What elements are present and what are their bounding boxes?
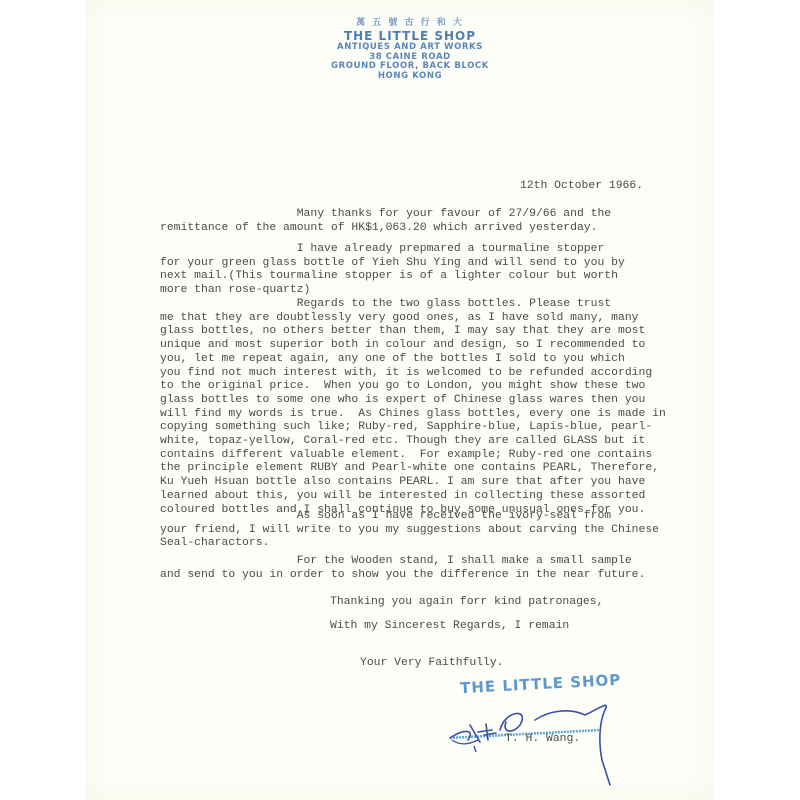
paragraph-glass-bottles: Regards to the two glass bottles. Please… (160, 298, 666, 517)
letter-date: 12th October 1966. (520, 180, 643, 194)
letterhead: 萬 五 號 古 行 和 大 THE LITTLE SHOP ANTIQUES A… (300, 18, 520, 81)
paragraph-ivory-seal: As soon as I have received the ivory-sea… (160, 510, 659, 551)
closing-thanks: Thanking you again forr kind patronages, (330, 596, 603, 610)
valediction: Your Very Faithfully. (360, 657, 504, 671)
paragraph-wooden-stand: For the Wooden stand, I shall make a sma… (160, 555, 645, 582)
letterhead-city: HONG KONG (300, 72, 520, 82)
letterhead-shop-name: THE LITTLE SHOP (300, 29, 520, 43)
signer-name: T. H. Wang. (505, 733, 580, 747)
paragraph-thanks: Many thanks for your favour of 27/9/66 a… (160, 208, 611, 235)
paragraph-stopper: I have already prepmared a tourmaline st… (160, 243, 625, 298)
closing-regards: With my Sincerest Regards, I remain (330, 620, 569, 634)
letterhead-chinese-name: 萬 五 號 古 行 和 大 (300, 18, 520, 29)
